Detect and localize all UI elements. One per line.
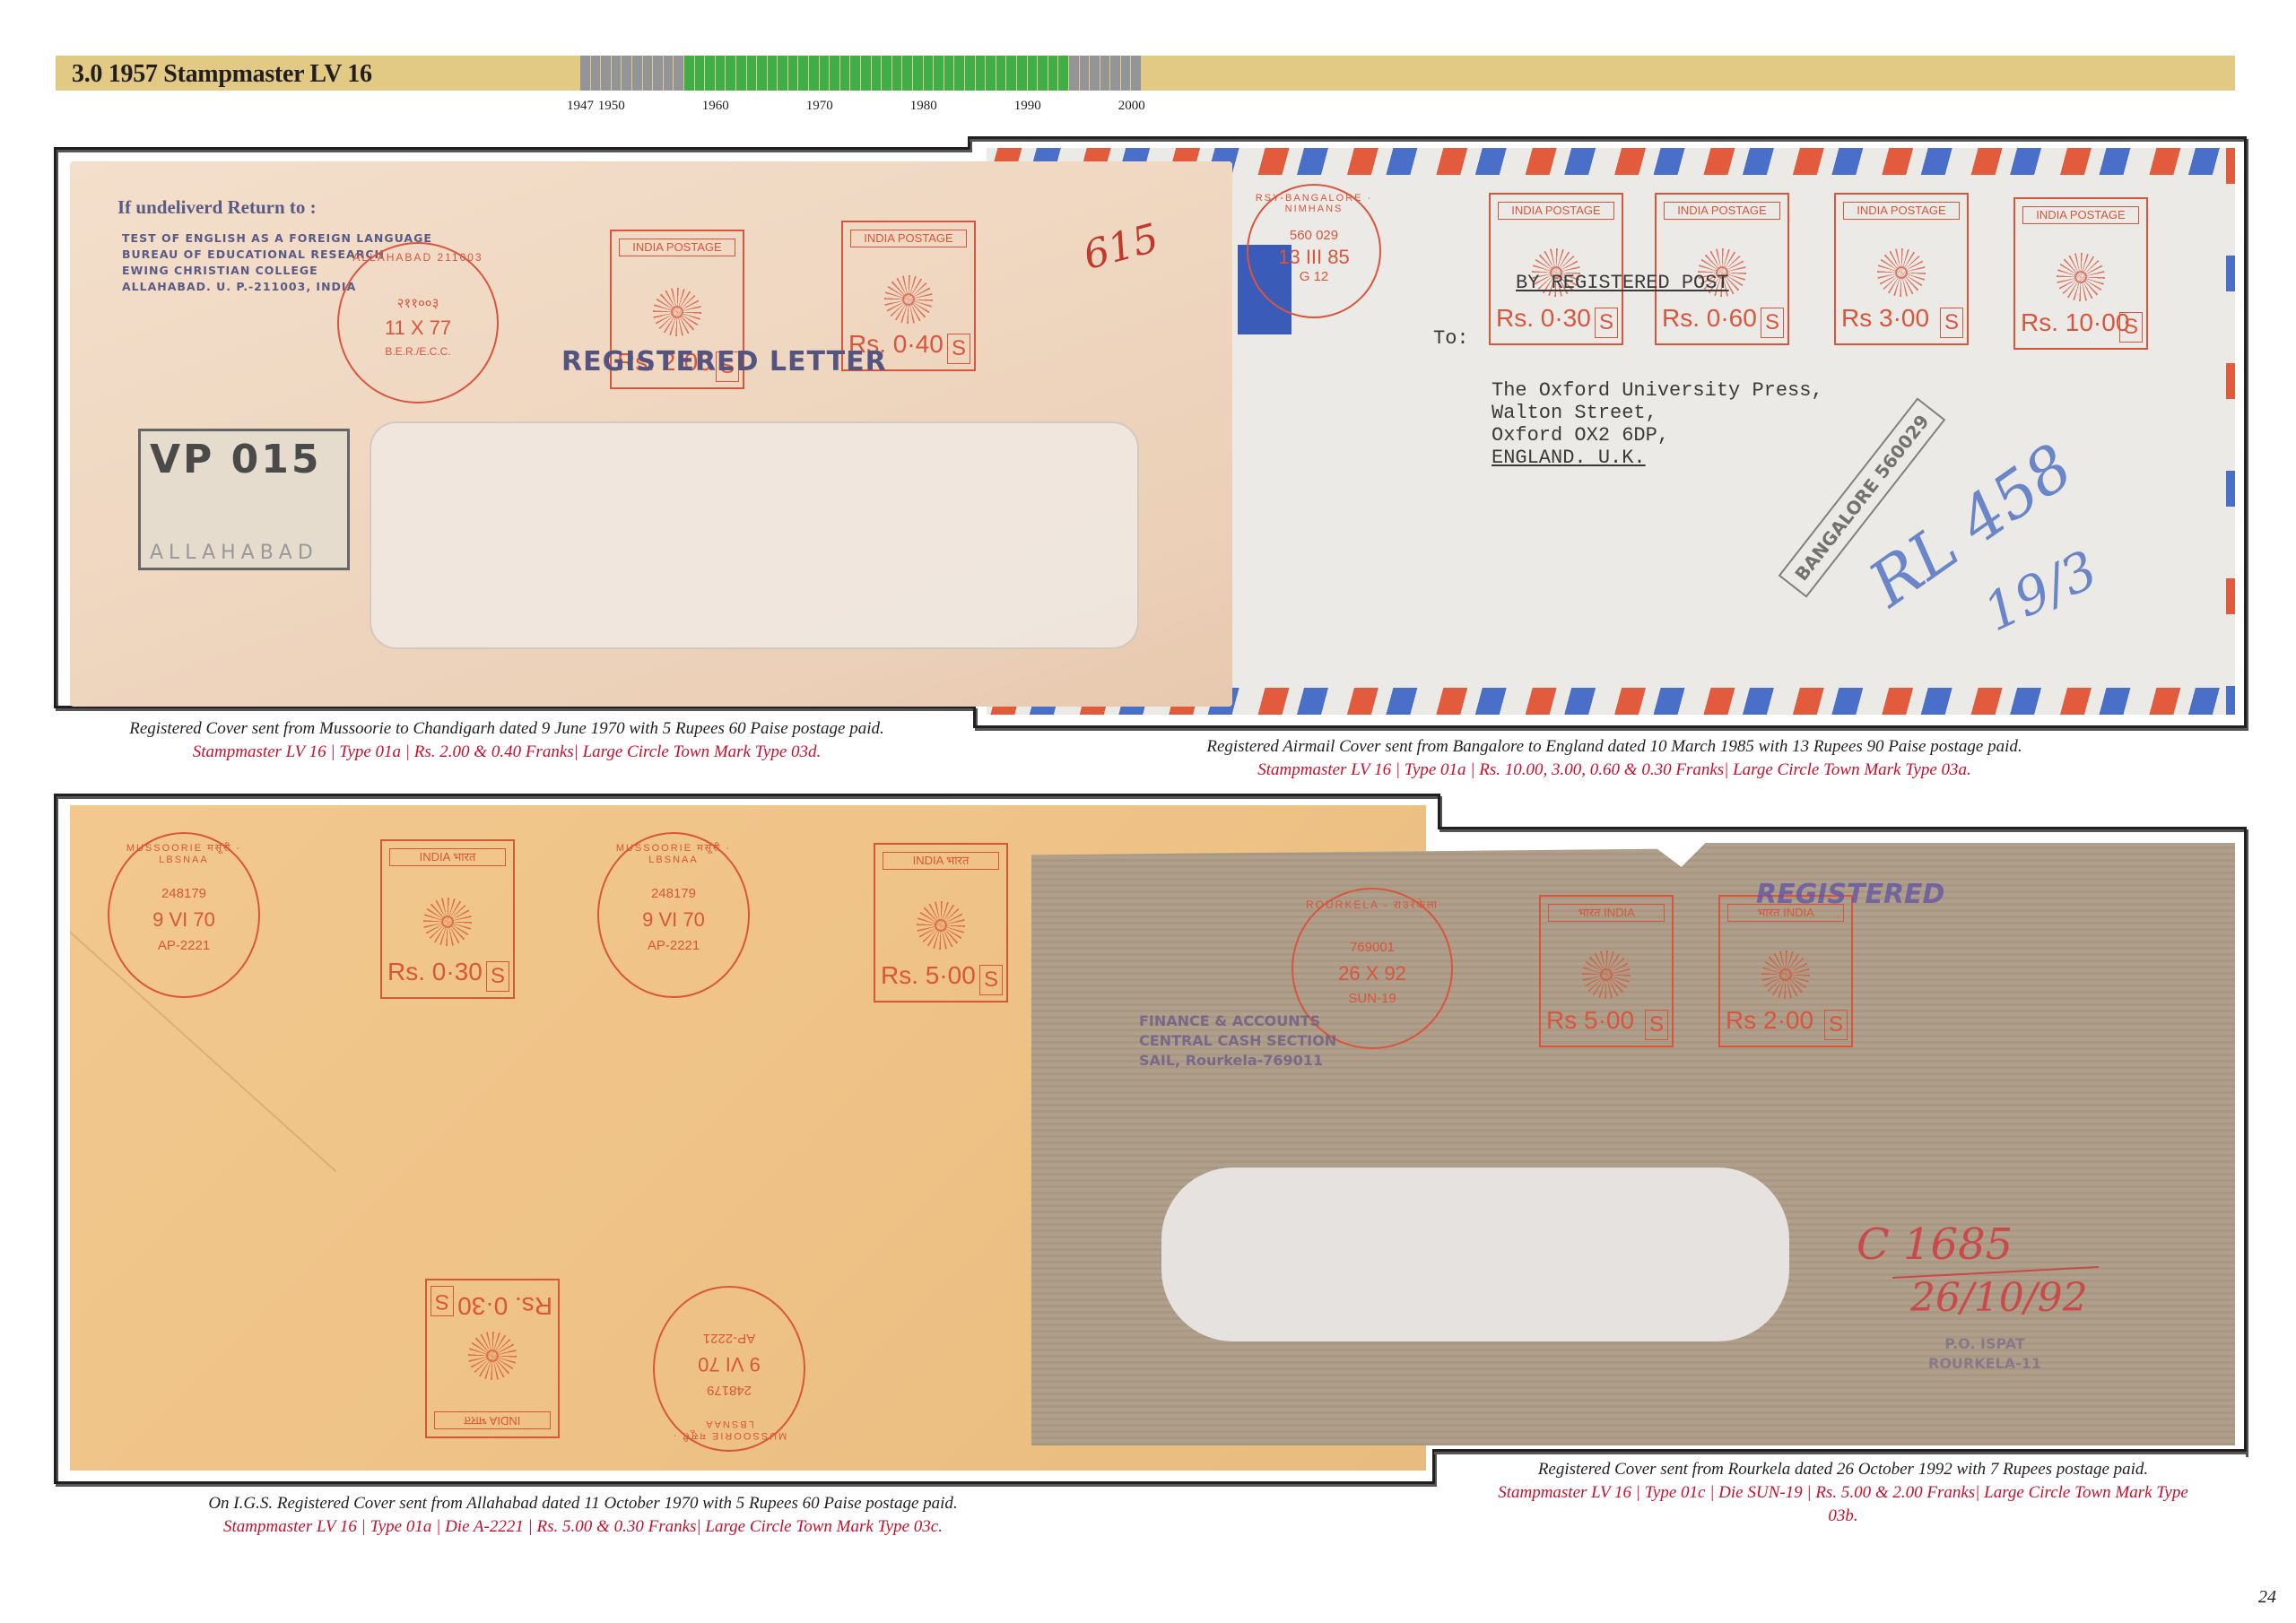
timeline-year-cell bbox=[632, 56, 642, 91]
frame-top-left-edge bbox=[54, 147, 970, 150]
timeline-year-cell bbox=[1110, 56, 1120, 91]
caption-bangalore: Registered Airmail Cover sent from Banga… bbox=[1121, 735, 2108, 782]
return-line: TEST OF ENGLISH AS A FOREIGN LANGUAGE bbox=[122, 231, 432, 245]
envelope-flap-fold bbox=[70, 931, 336, 1471]
timeline-year-cell bbox=[643, 56, 653, 91]
timeline-year-cell bbox=[1131, 56, 1141, 91]
timeline-year-cell bbox=[976, 56, 986, 91]
meter-frank-10-00: INDIA POSTAGE Rs. 10·00S bbox=[2013, 197, 2148, 350]
frame-left-edge bbox=[54, 794, 57, 1484]
timeline-year-cell bbox=[809, 56, 819, 91]
timeline-year-cell bbox=[716, 56, 726, 91]
handwritten-note: 615 bbox=[1079, 215, 1163, 279]
timeline-year-cell bbox=[1121, 56, 1131, 91]
timeline-year-cell bbox=[757, 56, 767, 91]
timeline-year-cell bbox=[695, 56, 705, 91]
return-line: ALLAHABAD. U. P.-211003, INDIA bbox=[122, 280, 356, 293]
timeline-year-cell bbox=[954, 56, 964, 91]
postmark-allahabad: ALLAHABAD 211003 २११००३ 11 X 77 B.E.R./E… bbox=[337, 242, 499, 404]
timeline-year-cell bbox=[872, 56, 882, 91]
timeline-year-cell bbox=[798, 56, 808, 91]
handwritten-date: 26/10/92 bbox=[1910, 1275, 2088, 1321]
timeline-year-cell bbox=[601, 56, 611, 91]
timeline-year-cell bbox=[580, 56, 590, 91]
frame-right-edge bbox=[2244, 827, 2247, 1454]
timeline-year-cell bbox=[934, 56, 944, 91]
timeline-year-cell bbox=[1058, 56, 1068, 91]
address-window bbox=[370, 421, 1139, 649]
timeline-year-cell bbox=[913, 56, 923, 91]
service-endorsement: BY REGISTERED POST bbox=[1516, 272, 1729, 294]
frame-left-edge bbox=[54, 147, 57, 708]
timeline-year-cell bbox=[902, 56, 912, 91]
meter-frank-0-30: INDIA भारत Rs. 0·30S bbox=[380, 839, 515, 999]
timeline-year-cell bbox=[726, 56, 735, 91]
handwritten-date: 19/3 bbox=[1975, 539, 2107, 644]
timeline-year-cell bbox=[768, 56, 778, 91]
section-title: 3.0 1957 Stampmaster LV 16 bbox=[72, 56, 372, 91]
meter-frank-5-00: INDIA भारत Rs. 5·00S bbox=[874, 843, 1008, 1002]
timeline-year-cell bbox=[820, 56, 830, 91]
timeline-year-cell bbox=[986, 56, 996, 91]
caption-rourkela: Registered Cover sent from Rourkela date… bbox=[1484, 1458, 2202, 1528]
meter-frank-0-30: INDIA POSTAGE Rs. 0·30S bbox=[1489, 193, 1623, 345]
frame-bottom-right-edge bbox=[1432, 1449, 2247, 1452]
recipient-address: The Oxford University Press, Walton Stre… bbox=[1492, 379, 1823, 469]
timeline-year-cell bbox=[591, 56, 601, 91]
timeline-year-cell bbox=[1038, 56, 1048, 91]
frame-bottom-right-edge bbox=[973, 725, 2247, 728]
meter-frank-2-00: भारत INDIA Rs 2·00S bbox=[1718, 895, 1853, 1047]
registered-letter-label: REGISTERED LETTER bbox=[561, 346, 887, 378]
frame-top-left-edge bbox=[54, 794, 1440, 796]
timeline-year-cell bbox=[1069, 56, 1079, 91]
timeline-year-cell bbox=[1028, 56, 1038, 91]
timeline-year-cell bbox=[996, 56, 1006, 91]
timeline-year-label: 1990 bbox=[1014, 99, 1041, 114]
meter-frank-0-60: INDIA POSTAGE Rs. 0·60S bbox=[1655, 193, 1789, 345]
timeline-year-cell bbox=[747, 56, 757, 91]
sender-cachet: FINANCE & ACCOUNTS CENTRAL CASH SECTION … bbox=[1139, 1011, 1336, 1071]
frame-top-right-edge bbox=[1438, 827, 2247, 829]
timeline-year-label: 1950 bbox=[598, 99, 625, 114]
meter-frank-5-00: भारत INDIA Rs 5·00S bbox=[1539, 895, 1674, 1047]
usage-timeline bbox=[580, 56, 1142, 91]
timeline-year-cell bbox=[612, 56, 622, 91]
timeline-year-cell bbox=[1100, 56, 1110, 91]
postmark-mussoorie-1: MUSSOORIE मसूरी · LBSNAA 248179 9 VI 70 … bbox=[108, 832, 260, 998]
timeline-year-cell bbox=[830, 56, 839, 91]
timeline-year-cell bbox=[1017, 56, 1027, 91]
handwritten-reg-number: C 1685 bbox=[1857, 1219, 2013, 1270]
timeline-year-cell bbox=[736, 56, 746, 91]
frame-right-edge bbox=[2244, 136, 2247, 728]
timeline-year-cell bbox=[1006, 56, 1016, 91]
timeline-year-cell bbox=[684, 56, 694, 91]
registered-cachet: REGISTERED bbox=[1756, 879, 1944, 910]
timeline-year-cell bbox=[653, 56, 663, 91]
timeline-year-labels: 1947195019601970198019902000 bbox=[0, 99, 2296, 117]
frame-top-right-edge bbox=[968, 136, 2247, 139]
envelope-registered-letter: If undeliverd Return to : TEST OF ENGLIS… bbox=[70, 161, 1232, 707]
timeline-year-cell bbox=[850, 56, 860, 91]
timeline-year-label: 1970 bbox=[806, 99, 833, 114]
timeline-year-cell bbox=[892, 56, 902, 91]
vp-registration-label: VP 015 ALLAHABAD bbox=[138, 429, 350, 570]
timeline-year-cell bbox=[664, 56, 674, 91]
postmark-bangalore: RSY-BANGALORE · NIMHANS 560 029 13 III 8… bbox=[1247, 184, 1381, 318]
timeline-year-cell bbox=[965, 56, 975, 91]
meter-frank-0-30-inverted: INDIA भारत Rs. 0·30S bbox=[425, 1279, 560, 1438]
return-line: EWING CHRISTIAN COLLEGE bbox=[122, 264, 318, 277]
to-label: To: bbox=[1433, 327, 1469, 350]
timeline-year-cell bbox=[622, 56, 631, 91]
envelope-kraft-rourkela: ROURKELA - राउरकेला 769001 26 X 92 SUN-1… bbox=[1031, 843, 2235, 1445]
frame-step bbox=[1438, 794, 1440, 829]
section-header-band bbox=[56, 56, 2235, 91]
timeline-year-label: 2000 bbox=[1118, 99, 1145, 114]
postmark-mussoorie-2: MUSSOORIE मसूरी · LBSNAA 248179 9 VI 70 … bbox=[597, 832, 750, 998]
timeline-year-label: 1947 bbox=[567, 99, 594, 114]
timeline-year-cell bbox=[1080, 56, 1090, 91]
timeline-year-cell bbox=[1048, 56, 1058, 91]
page-number: 24 bbox=[2258, 1587, 2276, 1608]
frame-step bbox=[1432, 1449, 1435, 1484]
timeline-year-cell bbox=[882, 56, 891, 91]
timeline-year-cell bbox=[778, 56, 787, 91]
timeline-year-cell bbox=[944, 56, 954, 91]
postmark-mussoorie-inverted: MUSSOORIE मसूरी · LBSNAA 248179 9 VI 70 … bbox=[653, 1286, 805, 1452]
caption-mussoorie: Registered Cover sent from Mussoorie to … bbox=[54, 717, 960, 764]
timeline-year-cell bbox=[788, 56, 798, 91]
timeline-year-cell bbox=[840, 56, 850, 91]
timeline-year-cell bbox=[674, 56, 683, 91]
meter-frank-3-00: INDIA POSTAGE Rs 3·00S bbox=[1834, 193, 1969, 345]
timeline-year-cell bbox=[861, 56, 871, 91]
return-heading: If undeliverd Return to : bbox=[117, 196, 317, 219]
timeline-year-cell bbox=[924, 56, 934, 91]
timeline-year-cell bbox=[705, 56, 715, 91]
timeline-year-label: 1960 bbox=[702, 99, 729, 114]
frame-bottom-left-edge bbox=[54, 1481, 1435, 1484]
timeline-year-cell bbox=[1090, 56, 1100, 91]
receiver-cachet: P.O. ISPAT ROURKELA-11 bbox=[1928, 1334, 2041, 1374]
caption-allahabad: On I.G.S. Registered Cover sent from All… bbox=[135, 1492, 1031, 1539]
address-window bbox=[1161, 1167, 1789, 1341]
timeline-year-label: 1980 bbox=[910, 99, 937, 114]
